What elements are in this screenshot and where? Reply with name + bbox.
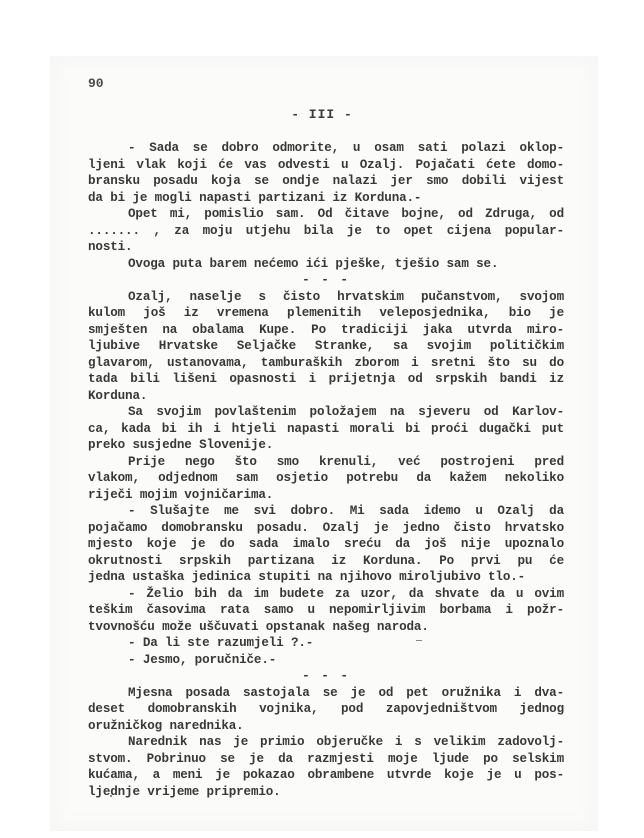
paragraph: Ozalj, naselje s čisto hrvatskim pučanst…: [88, 289, 564, 405]
text-line: Korduna.: [88, 388, 564, 405]
text-line: jedna ustaška jedinica stupiti na njihov…: [88, 569, 564, 586]
text-line: mjesto koje je do sada imalo sreću da jo…: [88, 536, 564, 553]
paragraph: Ovoga puta barem nećemo ići pješke, tješ…: [88, 256, 564, 273]
paragraph: - Slušajte me svi dobro. Mi sada idemo u…: [88, 503, 564, 586]
paragraph: - Želio bih da im budete za uzor, da shv…: [88, 586, 564, 636]
paragraph: Mjesna posada sastojala se je od pet oru…: [88, 685, 564, 735]
text-line: nosti.: [88, 239, 564, 256]
text-line: - Da li ste razumjeli ?.-: [88, 635, 564, 652]
chapter-heading: - III -: [0, 107, 644, 122]
text-line: - Sada se dobro odmorite, u osam sati po…: [88, 140, 564, 157]
text-line: deset domobranskih vojnika, pod zapovjed…: [88, 701, 564, 718]
text-line: Sa svojim povlaštenim položajem na sjeve…: [88, 404, 564, 421]
paragraph: Prije nego što smo krenuli, već postroje…: [88, 454, 564, 504]
text-line: tvovnošću može uščuvati opstanak našeg n…: [88, 619, 564, 636]
stray-mark: [416, 640, 422, 641]
text-line: okrutnosti srpskih partizana iz Korduna.…: [88, 553, 564, 570]
text-line: - Jesmo, poručniče.-: [88, 652, 564, 669]
paragraph: Narednik nas je primio objeručke i s vel…: [88, 734, 564, 800]
text-line: kućama, a meni je pokazao obrambene utvr…: [88, 767, 564, 784]
stray-dot: [110, 795, 112, 797]
text-line: - Želio bih da im budete za uzor, da shv…: [88, 586, 564, 603]
text-line: kulom još iz vremena plemenitih veleposj…: [88, 305, 564, 322]
paragraph: Opet mi, pomislio sam. Od čitave bojne, …: [88, 206, 564, 256]
text-line: ljednje vrijeme pripremio.: [88, 784, 564, 801]
text-line: pojačamo domobransku posadu. Ozalj je je…: [88, 520, 564, 537]
text-line: bransku posadu koja se ondje nalazi jer …: [88, 173, 564, 190]
text-line: - Slušajte me svi dobro. Mi sada idemo u…: [88, 503, 564, 520]
text-line: da bi je mogli napasti partizani iz Kord…: [88, 190, 564, 207]
paragraph: Sa svojim povlaštenim položajem na sjeve…: [88, 404, 564, 454]
text-line: Ovoga puta barem nećemo ići pješke, tješ…: [88, 256, 564, 273]
body-text: - Sada se dobro odmorite, u osam sati po…: [88, 140, 564, 800]
text-line: preko susjedne Slovenije.: [88, 437, 564, 454]
page-number: 90: [88, 76, 104, 91]
text-line: smješten na obalama Kupe. Po tradiciji j…: [88, 322, 564, 339]
text-line: Prije nego što smo krenuli, već postroje…: [88, 454, 564, 471]
text-line: glavarom, ustanovama, tamburaških zborom…: [88, 355, 564, 372]
text-line: riječi mojim vojničarima.: [88, 487, 564, 504]
text-line: Ozalj, naselje s čisto hrvatskim pučanst…: [88, 289, 564, 306]
text-line: ca, kada bi ih i htjeli napasti morali b…: [88, 421, 564, 438]
text-line: teškim časovima rata samo u nepomirljivi…: [88, 602, 564, 619]
section-separator: - - -: [88, 272, 564, 289]
text-line: ....... , za moju utjehu bila je to opet…: [88, 223, 564, 240]
section-separator: - - -: [88, 668, 564, 685]
text-line: vlakom, odjednom sam osjetio potrebu da …: [88, 470, 564, 487]
text-line: stvom. Pobrinuo se je da razmjesti moje …: [88, 751, 564, 768]
paragraph: - Sada se dobro odmorite, u osam sati po…: [88, 140, 564, 206]
text-line: Opet mi, pomislio sam. Od čitave bojne, …: [88, 206, 564, 223]
text-line: oružničkog narednika.: [88, 718, 564, 735]
text-line: ljeni vlak koji će vas odvesti u Ozalj. …: [88, 157, 564, 174]
paragraph: - Da li ste razumjeli ?.-: [88, 635, 564, 652]
paragraph: - Jesmo, poručniče.-: [88, 652, 564, 669]
text-line: ljubive Hrvatske Seljačke Stranke, sa sv…: [88, 338, 564, 355]
text-line: Mjesna posada sastojala se je od pet oru…: [88, 685, 564, 702]
text-line: Narednik nas je primio objeručke i s vel…: [88, 734, 564, 751]
text-line: tada bili lišeni opasnosti i prijetnja o…: [88, 371, 564, 388]
